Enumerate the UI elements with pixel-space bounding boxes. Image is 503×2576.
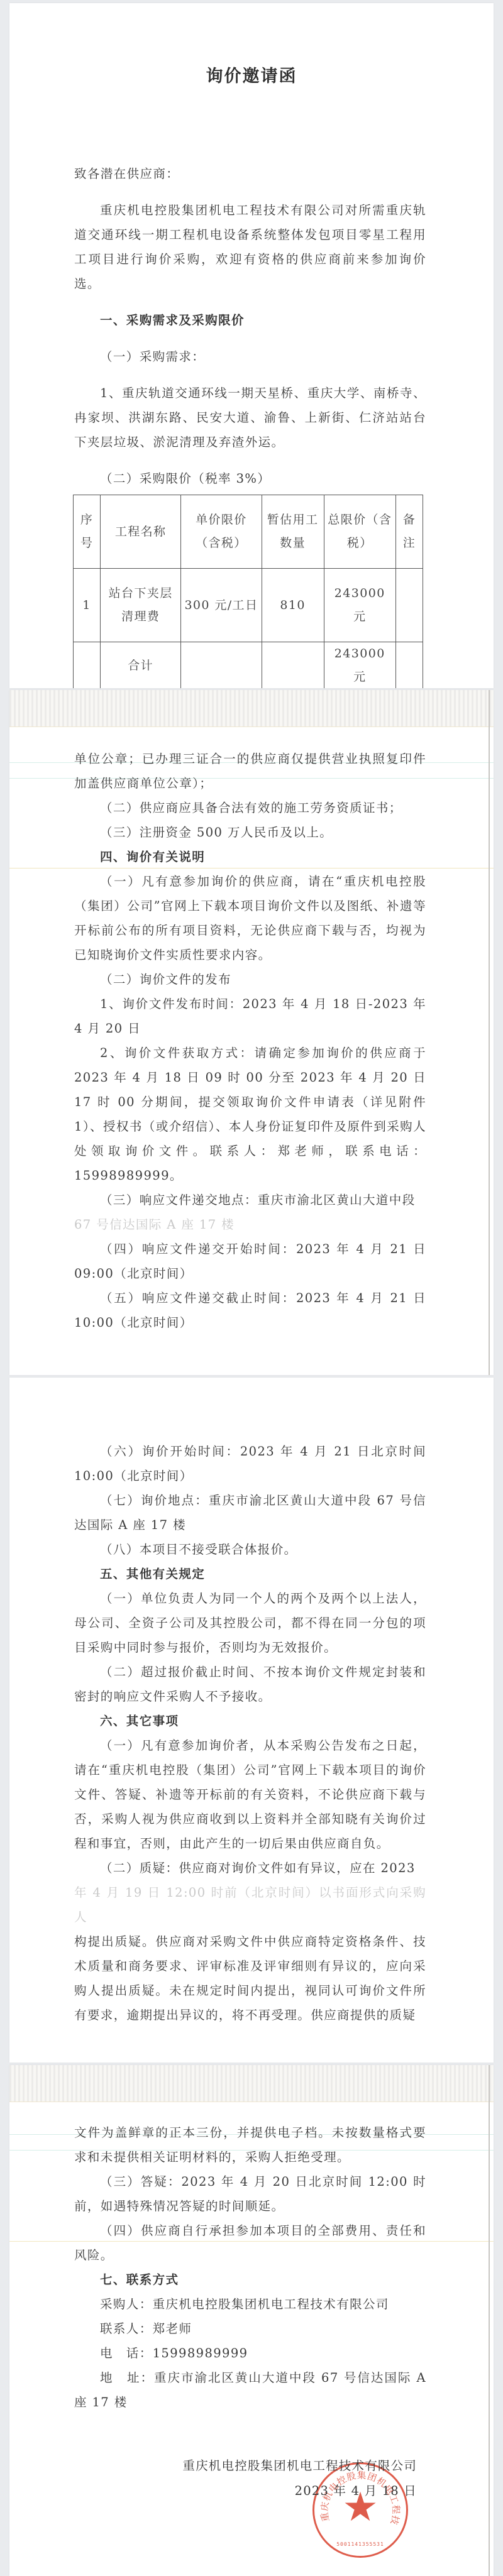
section-4-item2-1: 1、询价文件发布时间：2023 年 4 月 18 日-2023 年 4 月 20… (74, 992, 426, 1041)
section-4-item2-2: 2、询价文件获取方式：请确定参加询价的供应商于 2023 年 4 月 18 日 … (74, 1041, 426, 1188)
cell-unit-price (181, 642, 262, 689)
section-7-heading: 七、联系方式 (74, 2267, 426, 2292)
section-6-item2-line2: 年 4 月 19 日 12:00 时前（北京时间）以书面形式向采购人 (74, 1880, 426, 1929)
purchaser-value: 重庆机电控股集团机电工程技术有限公司 (153, 2297, 389, 2311)
section-4-item8: （八）本项目不接受联合体报价。 (74, 1537, 426, 1562)
section-3-item2: （二）供应商应具备合法有效的施工劳务资质证书； (74, 796, 426, 820)
section-4-item5: （五）响应文件递交截止时间：2023 年 4 月 21 日 10:00（北京时间… (74, 1286, 426, 1335)
cell-index: 1 (74, 569, 101, 642)
section-1-sub1: （一）采购需求： (74, 344, 426, 369)
price-limit-table: 序号 工程名称 单价限价（含税） 暂估用工数量 总限价（含税） 备注 1 站台下… (73, 495, 423, 688)
table-row: 1 站台下夹层清理费 300 元/工日 810 243000 元 (74, 569, 423, 642)
section-4-item3-line1: （三）响应文件递交地点：重庆市渝北区黄山大道中段 (74, 1188, 426, 1212)
address-label: 地 址： (100, 2370, 154, 2385)
contact-label: 联系人： (100, 2321, 153, 2336)
section-6-item2-cont: 文件为盖鲜章的正本三份，并提供电子档。未按数量格式要求和未提供相关证明材料的，采… (74, 2120, 426, 2169)
contact-value: 郑老师 (153, 2321, 192, 2336)
section-3-item1-part2: 单位公章；已办理三证合一的供应商仅提供营业执照复印件加盖供应商单位公章）； (74, 747, 426, 796)
header-cell: 暂估用工数量 (262, 495, 324, 569)
company-seal-stamp: 重庆机电控股集团机电工程技术有限公司 ★ 5001141355531 (312, 2462, 408, 2558)
signature-date: 2023 年 4 月 18 日 (295, 2481, 417, 2499)
section-6-item2-line1: （二）质疑：供应商对询价文件如有异议，应在 2023 (74, 1856, 426, 1880)
section-6-item3: （三）答疑：2023 年 4 月 20 日北京时间 12:00 时前，如遇特殊情… (74, 2169, 426, 2218)
cell-quantity: 810 (262, 569, 324, 642)
page-4: 文件为盖鲜章的正本三份，并提供电子档。未按数量格式要求和未提供相关证明材料的，采… (9, 2065, 494, 2576)
page-3: （六）询价开始时间：2023 年 4 月 21 日北京时间 10:00（北京时间… (9, 1378, 494, 2063)
cell-project-name: 站台下夹层清理费 (101, 569, 181, 642)
table-total-row: 合计 243000 元 (74, 642, 423, 689)
signature-company: 重庆机电控股集团机电工程技术有限公司 (182, 2456, 417, 2474)
table-header-row: 序号 工程名称 单价限价（含税） 暂估用工数量 总限价（含税） 备注 (74, 495, 423, 569)
section-4-item4: （四）响应文件递交开始时间：2023 年 4 月 21 日 09:00（北京时间… (74, 1237, 426, 1286)
contact-person: 联系人：郑老师 (74, 2316, 426, 2341)
section-6-item2-rest: 构提出质疑。供应商对采购文件中供应商特定资格条件、技术质量和商务要求、评审标准及… (74, 1929, 426, 2027)
contact-address: 地 址：重庆市渝北区黄山大道中段 67 号信达国际 A 座 17 楼 (74, 2365, 426, 2414)
section-4-item1: （一）凡有意参加询价的供应商，请在“重庆机电控股（集团）公司”官网上下载本项目询… (74, 869, 426, 967)
cell-unit-price: 300 元/工日 (181, 569, 262, 642)
header-cell: 工程名称 (101, 495, 181, 569)
page-1: 询价邀请函 致各潜在供应商： 重庆机电控股集团机电工程技术有限公司对所需重庆轨道… (9, 3, 494, 688)
section-4-item3-line2: 67 号信达国际 A 座 17 楼 (74, 1212, 426, 1237)
cell-total-label: 合计 (101, 642, 181, 689)
section-5-item2: （二）超过报价截止时间、不按本询价文件规定封装和密封的响应文件采购人不予接收。 (74, 1660, 426, 1709)
cell-index (74, 642, 101, 689)
section-3-item3: （三）注册资金 500 万人民币及以上。 (74, 820, 426, 845)
phone-label: 电 话： (100, 2346, 153, 2360)
purchaser-label: 采购人： (100, 2297, 153, 2311)
section-6-item4: （四）供应商自行承担参加本项目的全部费用、责任和风险。 (74, 2218, 426, 2267)
page-2: 单位公章；已办理三证合一的供应商仅提供营业执照复印件加盖供应商单位公章）； （二… (9, 690, 494, 1375)
contact-phone: 电 话：15998989999 (74, 2341, 426, 2365)
section-4-item7: （七）询价地点：重庆市渝北区黄山大道中段 67 号信达国际 A 座 17 楼 (74, 1488, 426, 1537)
section-5-heading: 五、其他有关规定 (74, 1562, 426, 1586)
cell-total-price: 243000 元 (324, 569, 395, 642)
contact-purchaser: 采购人：重庆机电控股集团机电工程技术有限公司 (74, 2292, 426, 2316)
section-4-heading: 四、询价有关说明 (74, 845, 426, 869)
section-5-item1: （一）单位负责人为同一个人的两个及两个以上法人，母公司、全资子公司及其控股公司，… (74, 1586, 426, 1660)
section-4-item6: （六）询价开始时间：2023 年 4 月 21 日北京时间 10:00（北京时间… (74, 1439, 426, 1488)
header-cell: 序号 (74, 495, 101, 569)
section-6-heading: 六、其它事项 (74, 1709, 426, 1733)
seal-code: 5001141355531 (314, 2541, 406, 2547)
header-cell: 总限价（含税） (324, 495, 395, 569)
section-4-item2: （二）询价文件的发布 (74, 967, 426, 992)
phone-value: 15998989999 (153, 2346, 248, 2360)
intro-paragraph: 重庆机电控股集团机电工程技术有限公司对所需重庆轨道交通环线一期工程机电设备系统整… (74, 198, 426, 296)
cell-quantity (262, 642, 324, 689)
section-1-heading: 一、采购需求及采购限价 (74, 308, 426, 332)
cell-remark (395, 569, 423, 642)
cell-total-sum: 243000 元 (324, 642, 395, 689)
section-6-item1: （一）凡有意参加询价者，从本采购公告发布之日起，请在“重庆机电控股（集团）公司”… (74, 1733, 426, 1856)
header-cell: 备注 (395, 495, 423, 569)
salutation: 致各潜在供应商： (74, 162, 426, 186)
section-1-sub2: （二）采购限价（税率 3%） (74, 466, 426, 491)
document-title: 询价邀请函 (9, 62, 494, 87)
header-cell: 单价限价（含税） (181, 495, 262, 569)
section-1-item1: 1、重庆轨道交通环线一期天星桥、重庆大学、南桥寺、冉家坝、洪湖东路、民安大道、渝… (74, 381, 426, 454)
cell-remark (395, 642, 423, 689)
